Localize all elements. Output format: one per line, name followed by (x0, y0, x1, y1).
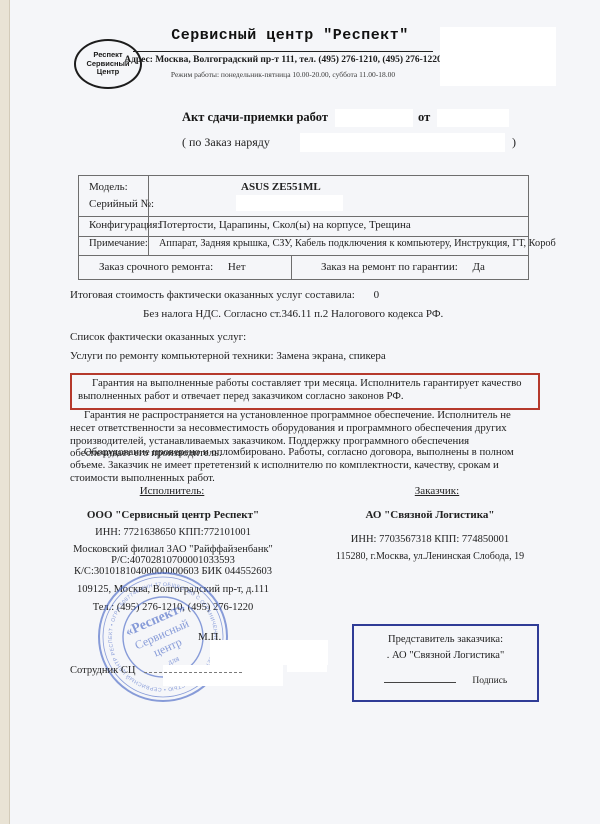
redaction-box-order-number (300, 133, 505, 152)
document-title: Акт сдачи-приемки работ (182, 110, 328, 125)
signature-label: Подпись (472, 676, 507, 686)
redaction-box-serial (236, 195, 343, 211)
executor-header: Исполнитель: (102, 485, 242, 497)
note-value: Аппарат, Задняя крышка, СЗУ, Кабель подк… (159, 238, 525, 249)
customer-header: Заказчик: (367, 485, 507, 497)
services-header: Список фактически оказанных услуг: (70, 331, 246, 343)
employee-signature-row: Сотрудник СЦ (70, 661, 242, 676)
urgent-repair-cell: Заказ срочного ремонта: Нет (99, 261, 246, 273)
serial-label: Серийный №: (89, 198, 154, 210)
representative-company: . АО "Связной Логистика" (354, 650, 537, 661)
employee-signature-line (144, 661, 242, 673)
model-label: Модель: (89, 181, 128, 193)
representative-signature-row: Подпись (354, 671, 537, 686)
urgent-repair-label: Заказ срочного ремонта: (99, 261, 213, 273)
model-value: ASUS ZE551ML (241, 181, 321, 193)
executor-inn: ИНН: 7721638650 КПП:772101001 (43, 527, 303, 538)
order-line-prefix: ( по Заказ наряду (182, 135, 270, 150)
warranty-repair-cell: Заказ на ремонт по гарантии: Да (321, 261, 485, 273)
total-cost-value: 0 (374, 289, 380, 301)
executor-bank: Московский филиал ЗАО "Райффайзенбанк" (43, 544, 303, 555)
document-title-ot: от (418, 110, 430, 125)
customer-inn: ИНН: 7703567318 КПП: 774850001 (330, 534, 530, 545)
total-cost-label: Итоговая стоимость фактически оказанных … (70, 289, 355, 301)
total-cost-line: Итоговая стоимость фактически оказанных … (70, 289, 379, 301)
header-working-hours: Режим работы: понедельник-пятница 10.00-… (133, 70, 433, 79)
logo-line-3: Центр (97, 68, 120, 77)
employee-label: Сотрудник СЦ (70, 665, 135, 676)
config-value: Потертости, Царапины, Скол(ы) на корпусе… (159, 219, 524, 231)
services-line: Услуги по ремонту компьютерной техники: … (70, 350, 386, 362)
redaction-box-act-date (437, 109, 509, 127)
table-row-divider (79, 216, 528, 217)
table-column-divider (148, 176, 149, 255)
warranty-repair-label: Заказ на ремонт по гарантии: (321, 261, 458, 273)
warranty-highlight-box: Гарантия на выполненные работы составляе… (70, 373, 540, 410)
header-divider (133, 51, 433, 52)
representative-label: Представитель заказчика: (354, 634, 537, 645)
config-label: Конфигурация: (89, 219, 160, 231)
warranty-box-text: Гарантия на выполненные работы составляе… (78, 377, 532, 403)
table-column-divider-bottom (291, 255, 292, 279)
representative-signature-line (384, 671, 456, 683)
service-center-title: Сервисный центр "Респект" (150, 27, 430, 44)
redaction-box-top-right (440, 27, 556, 86)
header-address: Адрес: Москва, Волгоградский пр-т 111, т… (118, 55, 448, 65)
tax-line: Без налога НДС. Согласно ст.346.11 п.2 Н… (143, 308, 443, 320)
warranty-repair-value: Да (473, 261, 485, 273)
acceptance-paragraph: Оборудование проверено и опломбировано. … (70, 446, 538, 484)
order-line-suffix: ) (512, 135, 516, 150)
device-info-table: Модель: ASUS ZE551ML Серийный №: Конфигу… (78, 175, 529, 280)
table-row-divider (79, 236, 528, 237)
redaction-box-act-number (335, 109, 413, 127)
scan-edge-strip (0, 0, 10, 824)
urgent-repair-value: Нет (228, 261, 246, 273)
customer-representative-box: Представитель заказчика: . АО "Связной Л… (352, 624, 539, 702)
table-row-divider (79, 255, 528, 256)
redaction-box-stamp-3 (287, 655, 327, 672)
customer-address: 115280, г.Москва, ул.Ленинская Слобода, … (322, 551, 538, 562)
executor-name: ООО "Сервисный центр Респект" (43, 509, 303, 521)
note-label: Примечание: (89, 238, 148, 249)
customer-name: АО "Связной Логистика" (330, 509, 530, 521)
